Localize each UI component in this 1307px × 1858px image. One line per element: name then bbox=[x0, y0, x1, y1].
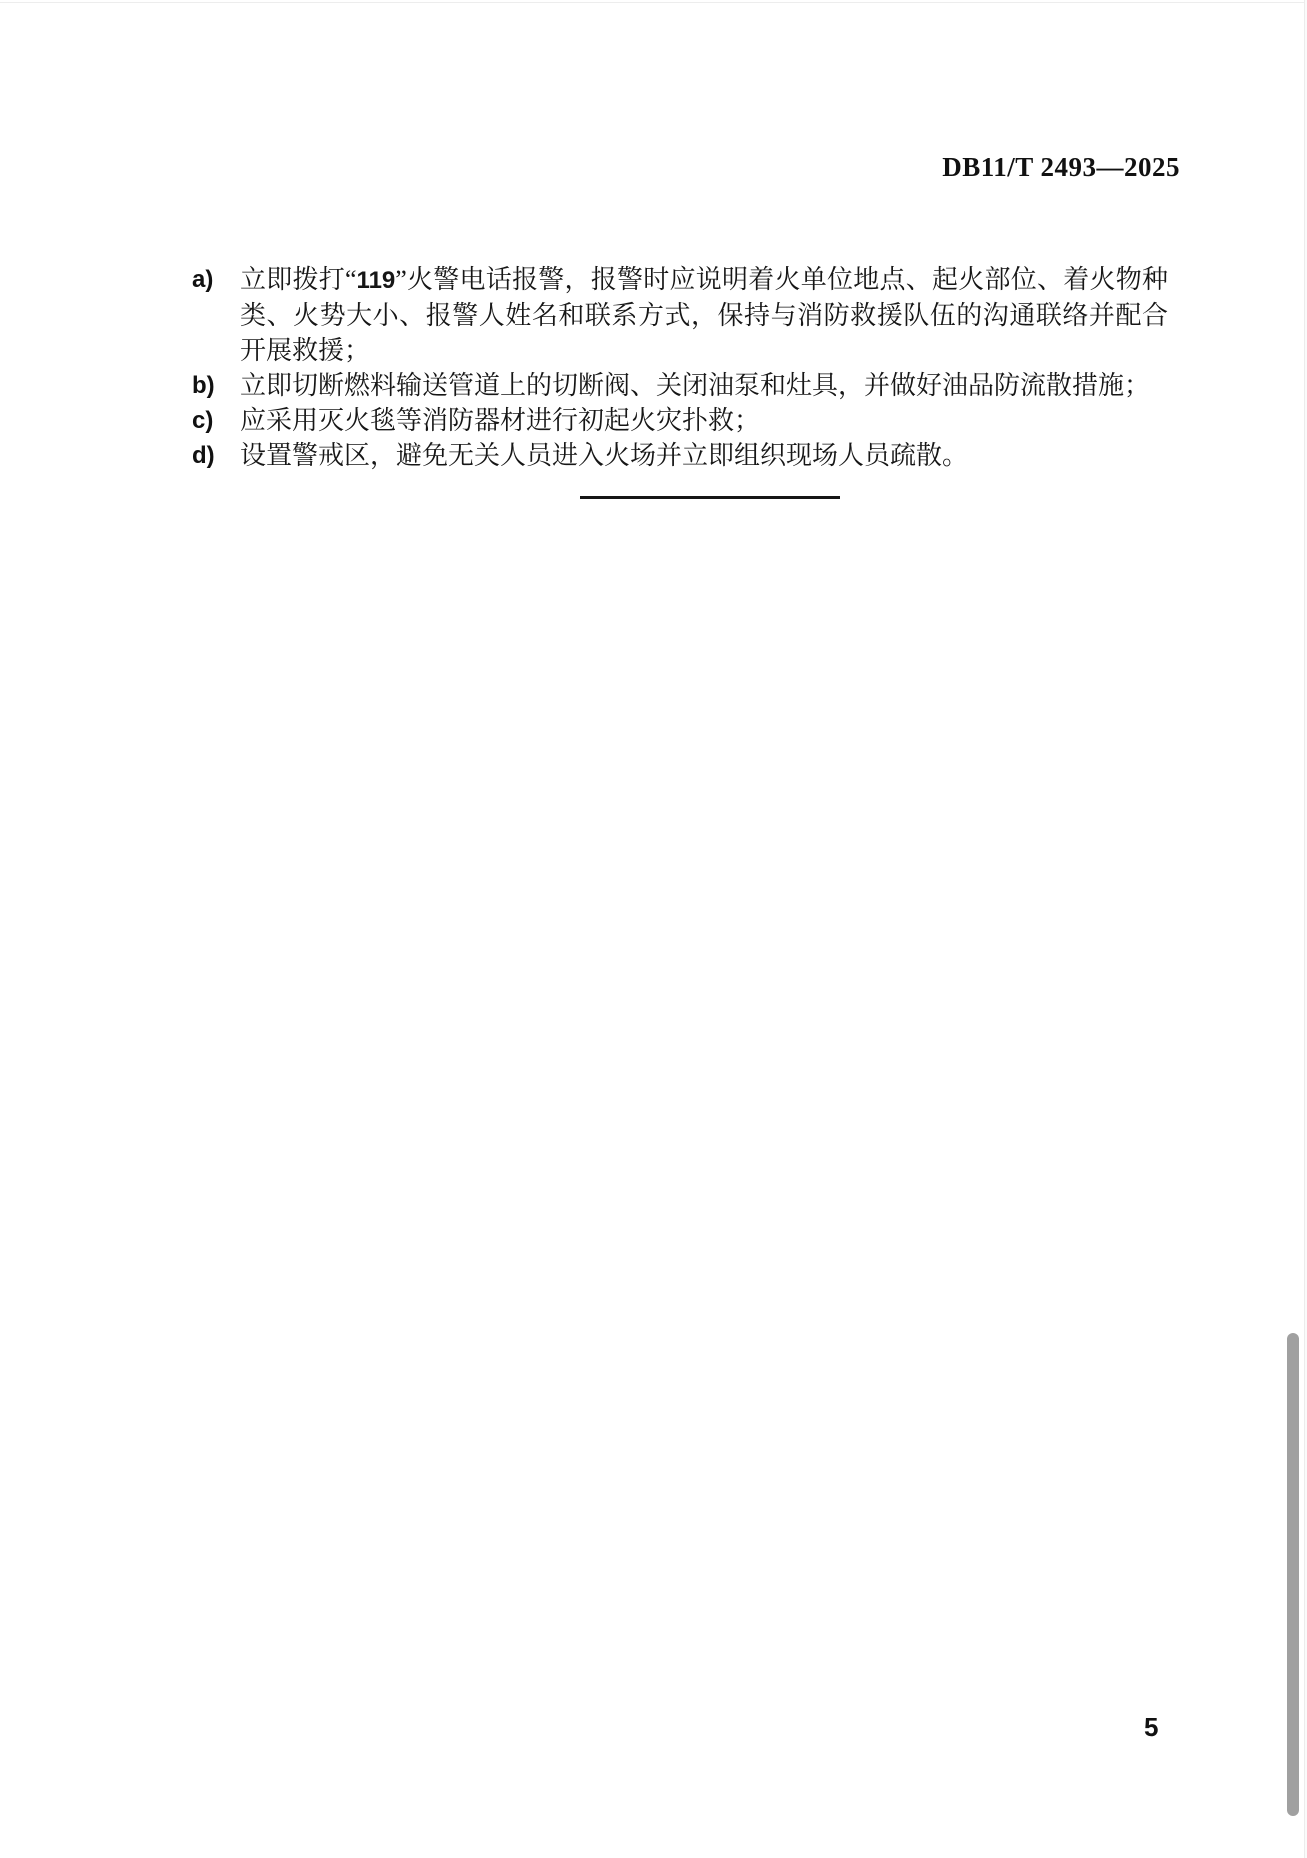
list-item: c) 应采用灭火毯等消防器材进行初起火灾扑救； bbox=[192, 403, 1168, 438]
text-segment: 应采用灭火毯等消防器材进行初起火灾扑救； bbox=[240, 406, 760, 435]
list-item-label: b) bbox=[192, 368, 240, 403]
standard-number: DB11/T 2493—2025 bbox=[942, 152, 1180, 183]
list-item-label: c) bbox=[192, 403, 240, 438]
list-item-text: 立即拨打“119”火警电话报警，报警时应说明着火单位地点、起火部位、着火物种类、… bbox=[240, 262, 1168, 368]
text-segment: 立即拨打“ bbox=[240, 265, 357, 294]
clause-list: a) 立即拨打“119”火警电话报警，报警时应说明着火单位地点、起火部位、着火物… bbox=[192, 262, 1168, 473]
list-item-text: 设置警戒区，避免无关人员进入火场并立即组织现场人员疏散。 bbox=[240, 438, 1168, 473]
page-number: 5 bbox=[1144, 1712, 1158, 1743]
list-item-text: 应采用灭火毯等消防器材进行初起火灾扑救； bbox=[240, 403, 1168, 438]
list-item-label: d) bbox=[192, 438, 240, 473]
text-segment: 立即切断燃料输送管道上的切断阀、关闭油泵和灶具，并做好油品防流散措施； bbox=[240, 371, 1150, 400]
list-item: b) 立即切断燃料输送管道上的切断阀、关闭油泵和灶具，并做好油品防流散措施； bbox=[192, 368, 1168, 403]
list-item-text: 立即切断燃料输送管道上的切断阀、关闭油泵和灶具，并做好油品防流散措施； bbox=[240, 368, 1168, 403]
end-of-document-rule bbox=[580, 496, 840, 499]
scrollbar-thumb[interactable] bbox=[1287, 1333, 1299, 1816]
list-item-label: a) bbox=[192, 262, 240, 297]
emphasis-number: 119 bbox=[357, 267, 396, 294]
text-segment: 设置警戒区，避免无关人员进入火场并立即组织现场人员疏散。 bbox=[240, 441, 968, 470]
list-item: a) 立即拨打“119”火警电话报警，报警时应说明着火单位地点、起火部位、着火物… bbox=[192, 262, 1168, 368]
document-page: DB11/T 2493—2025 a) 立即拨打“119”火警电话报警，报警时应… bbox=[0, 0, 1307, 1858]
top-hairline bbox=[0, 2, 1307, 3]
list-item: d) 设置警戒区，避免无关人员进入火场并立即组织现场人员疏散。 bbox=[192, 438, 1168, 473]
